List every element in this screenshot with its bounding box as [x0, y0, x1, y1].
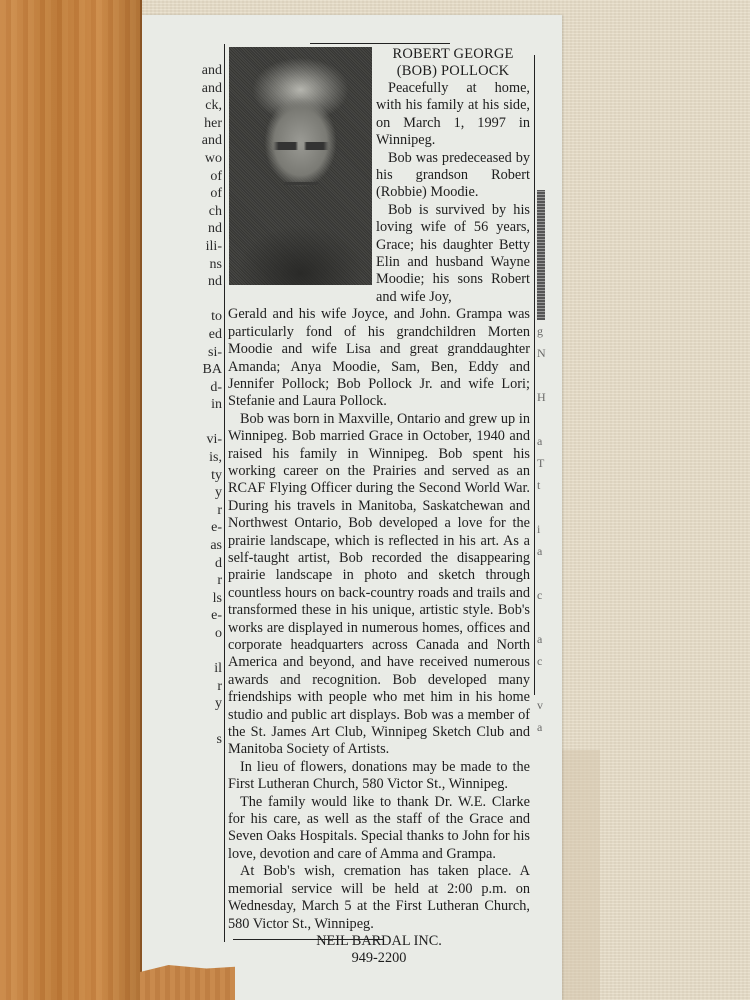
paragraph-donations: In lieu of flowers, donations may be mad… — [228, 759, 530, 794]
wooden-frame — [0, 0, 142, 1000]
previous-column-fragments: andandck,herandwoofofchndili-nsnd toedsi… — [194, 62, 222, 748]
paragraph-survived-by-continued: Gerald and his wife Joyce, and John. Gra… — [228, 306, 530, 410]
previous-column-fragment: and — [194, 132, 222, 150]
obituary-name-line-2: (BOB) POLLOCK — [376, 63, 530, 80]
previous-column-fragment: ns — [194, 256, 222, 274]
previous-column-fragment: BA — [194, 361, 222, 379]
next-column-fragment — [537, 408, 551, 430]
previous-column-fragment: ch — [194, 203, 222, 221]
next-column-fragment — [537, 606, 551, 628]
previous-column-fragment: of — [194, 185, 222, 203]
previous-column-fragment: y — [194, 695, 222, 713]
next-column-image-edge — [537, 190, 545, 320]
next-column-fragment: H — [537, 386, 551, 408]
previous-column-fragment: r — [194, 502, 222, 520]
obituary-article: ROBERT GEORGE (BOB) POLLOCK Peacefully a… — [228, 46, 530, 968]
previous-column-fragment — [194, 643, 222, 661]
previous-column-fragment: of — [194, 168, 222, 186]
next-column-fragment: g — [537, 320, 551, 342]
next-column-fragment: a — [537, 430, 551, 452]
funeral-home-phone: 949-2200 — [228, 950, 530, 967]
paragraph-survived-by: Bob is survived by his loving wife of 56… — [376, 202, 530, 306]
previous-column-fragment: in — [194, 396, 222, 414]
paragraph-biography: Bob was born in Maxville, Ontario and gr… — [228, 411, 530, 759]
column-rule-left — [224, 44, 225, 942]
previous-column-fragment: ed — [194, 326, 222, 344]
previous-column-fragment: s — [194, 731, 222, 749]
previous-column-fragment: nd — [194, 273, 222, 291]
previous-column-fragment: is, — [194, 449, 222, 467]
column-rule-right — [534, 55, 535, 695]
obituary-name-line-1: ROBERT GEORGE — [376, 46, 530, 63]
next-column-fragment — [537, 496, 551, 518]
photo-side-text: ROBERT GEORGE (BOB) POLLOCK Peacefully a… — [376, 46, 530, 306]
previous-column-fragment: vi- — [194, 431, 222, 449]
previous-column-fragment: and — [194, 80, 222, 98]
funeral-home-name: NEIL BARDAL INC. — [228, 933, 530, 950]
wood-chip — [140, 965, 235, 1000]
previous-column-fragment: e- — [194, 519, 222, 537]
previous-column-fragment: nd — [194, 220, 222, 238]
next-column-fragment: a — [537, 540, 551, 562]
previous-column-fragment: ls — [194, 590, 222, 608]
previous-column-fragment — [194, 414, 222, 432]
next-column-fragment: i — [537, 518, 551, 540]
next-column-fragment — [537, 672, 551, 694]
previous-column-fragment: ili- — [194, 238, 222, 256]
previous-column-fragment: r — [194, 572, 222, 590]
previous-column-fragment: wo — [194, 150, 222, 168]
previous-column-fragment: d — [194, 555, 222, 573]
next-column-fragment: c — [537, 650, 551, 672]
previous-column-fragment: y — [194, 484, 222, 502]
next-column-fragment: c — [537, 584, 551, 606]
next-column-fragment: T — [537, 452, 551, 474]
previous-column-fragment: si- — [194, 344, 222, 362]
paragraph-predeceased: Bob was predeceased by his grandson Robe… — [376, 150, 530, 202]
paragraph-death-notice: Peacefully at home, with his family at h… — [376, 80, 530, 150]
next-column-fragment: a — [537, 628, 551, 650]
previous-column-fragment: e- — [194, 607, 222, 625]
top-rule — [310, 43, 450, 44]
previous-column-fragment — [194, 291, 222, 309]
previous-column-fragment: as — [194, 537, 222, 555]
previous-column-fragment: her — [194, 115, 222, 133]
paragraph-service: At Bob's wish, cremation has taken place… — [228, 863, 530, 933]
previous-column-fragment: and — [194, 62, 222, 80]
next-column-fragment: t — [537, 474, 551, 496]
previous-column-fragment: ty — [194, 467, 222, 485]
previous-column-fragment: o — [194, 625, 222, 643]
previous-column-fragment — [194, 713, 222, 731]
next-column-fragment: v — [537, 694, 551, 716]
previous-column-fragment: d- — [194, 379, 222, 397]
next-column-fragment — [537, 364, 551, 386]
next-column-fragment: N — [537, 342, 551, 364]
previous-column-fragment: ck, — [194, 97, 222, 115]
previous-column-fragment: to — [194, 308, 222, 326]
previous-column-fragment: il — [194, 660, 222, 678]
next-column-fragment: a — [537, 716, 551, 738]
previous-column-fragment: r — [194, 678, 222, 696]
next-column-fragments: gN H aTt ia c ac va — [537, 320, 551, 738]
next-column-fragment — [537, 562, 551, 584]
paragraph-thanks: The family would like to thank Dr. W.E. … — [228, 794, 530, 864]
